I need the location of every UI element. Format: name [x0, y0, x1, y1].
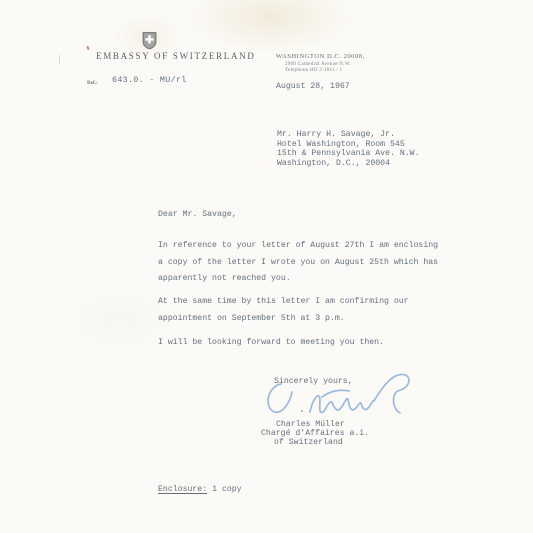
- embassy-phone-line: Telephone HO 2-1811 / 1: [285, 67, 396, 73]
- body-line: I will be looking forward to meeting you…: [158, 335, 384, 352]
- embassy-city-line: WASHINGTON D.C. 20008,: [276, 53, 396, 60]
- body-line: In reference to your letter of August 27…: [158, 238, 438, 255]
- signer-name: Charles Müller: [276, 420, 345, 429]
- recipient-address: Mr. Harry H. Savage, Jr. Hotel Washingto…: [277, 130, 420, 169]
- body-paragraph-3: I will be looking forward to meeting you…: [158, 335, 384, 352]
- signer-title: Chargé d'Affaires a.i.: [261, 429, 369, 438]
- body-line: apparently not reached you.: [158, 271, 438, 288]
- red-ink-mark: [86, 46, 89, 50]
- embassy-name: EMBASSY OF SWITZERLAND: [96, 51, 256, 61]
- recipient-street: 15th & Pennsylvania Ave. N.W.: [277, 149, 420, 159]
- body-line: appointment on September 5th at 3 p.m.: [158, 311, 409, 328]
- scan-artifact: [59, 55, 60, 64]
- recipient-hotel: Hotel Washington, Room 545: [277, 140, 420, 150]
- body-paragraph-1: In reference to your letter of August 27…: [158, 238, 438, 288]
- swiss-shield-icon: [142, 31, 157, 50]
- embassy-address-block: WASHINGTON D.C. 20008, 2900 Cathedral Av…: [276, 53, 396, 73]
- salutation: Dear Mr. Savage,: [158, 210, 237, 219]
- body-line: At the same time by this letter I am con…: [158, 294, 409, 311]
- enclosure-value: 1 copy: [212, 485, 241, 494]
- letter-date: August 28, 1967: [276, 82, 350, 91]
- ref-number: 643.0. - MU/rl: [112, 75, 187, 85]
- paper-stain: [185, 0, 355, 54]
- body-paragraph-2: At the same time by this letter I am con…: [158, 294, 409, 327]
- handwritten-signature: [255, 368, 420, 422]
- body-line: a copy of the letter I wrote you on Augu…: [158, 255, 438, 272]
- recipient-city: Washington, D.C., 20004: [277, 159, 420, 169]
- letter-scan: EMBASSY OF SWITZERLAND WASHINGTON D.C. 2…: [0, 0, 533, 533]
- enclosure-note: Enclosure:1 copy: [158, 485, 242, 494]
- signer-country: of Switzerland: [274, 438, 343, 447]
- recipient-name: Mr. Harry H. Savage, Jr.: [277, 130, 420, 140]
- enclosure-label: Enclosure:: [158, 485, 207, 494]
- ref-label: Ref.:: [87, 80, 98, 86]
